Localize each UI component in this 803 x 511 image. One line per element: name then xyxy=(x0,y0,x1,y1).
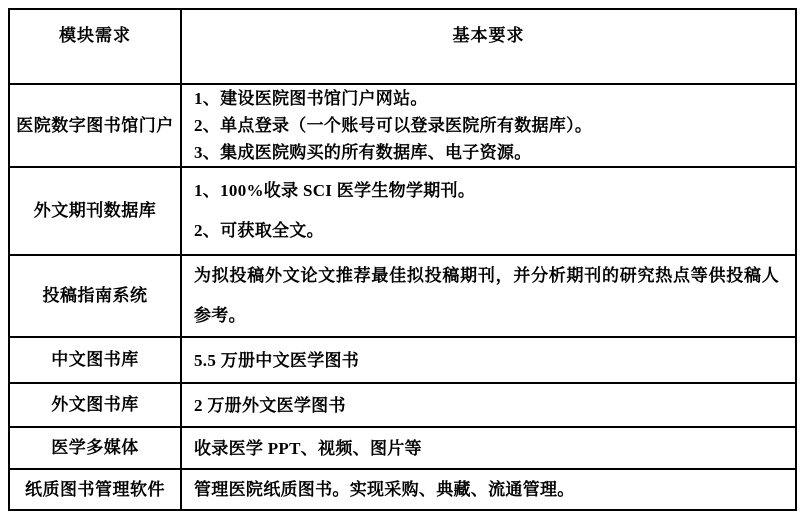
module-cell: 中文图书库 xyxy=(9,337,181,383)
header-requirements-column: 基本要求 xyxy=(181,9,796,84)
table-row-foreign-journal-db: 外文期刊数据库 1、100%收录 SCI 医学生物学期刊。 2、可获取全文。 xyxy=(9,167,796,255)
header-module-column: 模块需求 xyxy=(9,9,181,84)
requirement-line: 2、可获取全文。 xyxy=(194,211,779,251)
requirement-line: 管理医院纸质图书。实现采购、典藏、流通管理。 xyxy=(194,476,779,503)
requirement-cell: 管理医院纸质图书。实现采购、典藏、流通管理。 xyxy=(181,469,796,505)
table-row-chinese-books: 中文图书库 5.5 万册中文医学图书 xyxy=(9,337,796,383)
module-cell: 医学多媒体 xyxy=(9,427,181,469)
module-cell: 外文期刊数据库 xyxy=(9,167,181,255)
table-row-foreign-books: 外文图书库 2 万册外文医学图书 xyxy=(9,383,796,427)
requirement-cell: 1、建设医院图书馆门户网站。 2、单点登录（一个账号可以登录医院所有数据库）。 … xyxy=(181,84,796,167)
module-cell: 外文图书库 xyxy=(9,383,181,427)
table-row-hospital-portal: 医院数字图书馆门户 1、建设医院图书馆门户网站。 2、单点登录（一个账号可以登录… xyxy=(9,84,796,167)
requirement-line: 3、集成医院购买的所有数据库、电子资源。 xyxy=(194,139,779,166)
table-row-submission-guide: 投稿指南系统 为拟投稿外文论文推荐最佳拟投稿期刊，并分析期刊的研究热点等供投稿人… xyxy=(9,255,796,337)
module-cell: 投稿指南系统 xyxy=(9,255,181,337)
requirement-cell: 为拟投稿外文论文推荐最佳拟投稿期刊，并分析期刊的研究热点等供投稿人参考。 xyxy=(181,255,796,337)
module-cell: 纸质图书管理软件 xyxy=(9,469,181,505)
table-row-print-book-management: 纸质图书管理软件 管理医院纸质图书。实现采购、典藏、流通管理。 xyxy=(9,469,796,505)
requirement-cell: 1、100%收录 SCI 医学生物学期刊。 2、可获取全文。 xyxy=(181,167,796,255)
module-cell: 医院数字图书馆门户 xyxy=(9,84,181,167)
requirement-line: 1、100%收录 SCI 医学生物学期刊。 xyxy=(194,171,779,211)
requirement-cell: 2 万册外文医学图书 xyxy=(181,383,796,427)
requirement-line: 2 万册外文医学图书 xyxy=(194,392,779,419)
requirement-line: 5.5 万册中文医学图书 xyxy=(194,347,779,374)
requirements-table: 模块需求 基本要求 医院数字图书馆门户 1、建设医院图书馆门户网站。 2、单点登… xyxy=(8,8,797,505)
requirement-line: 1、建设医院图书馆门户网站。 xyxy=(194,85,779,112)
requirement-line: 为拟投稿外文论文推荐最佳拟投稿期刊，并分析期刊的研究热点等供投稿人参考。 xyxy=(194,256,779,336)
table-row-medical-multimedia: 医学多媒体 收录医学 PPT、视频、图片等 xyxy=(9,427,796,469)
requirement-line: 收录医学 PPT、视频、图片等 xyxy=(194,435,779,462)
requirement-cell: 5.5 万册中文医学图书 xyxy=(181,337,796,383)
requirement-line: 2、单点登录（一个账号可以登录医院所有数据库）。 xyxy=(194,112,779,139)
requirement-cell: 收录医学 PPT、视频、图片等 xyxy=(181,427,796,469)
table-header-row: 模块需求 基本要求 xyxy=(9,9,796,84)
